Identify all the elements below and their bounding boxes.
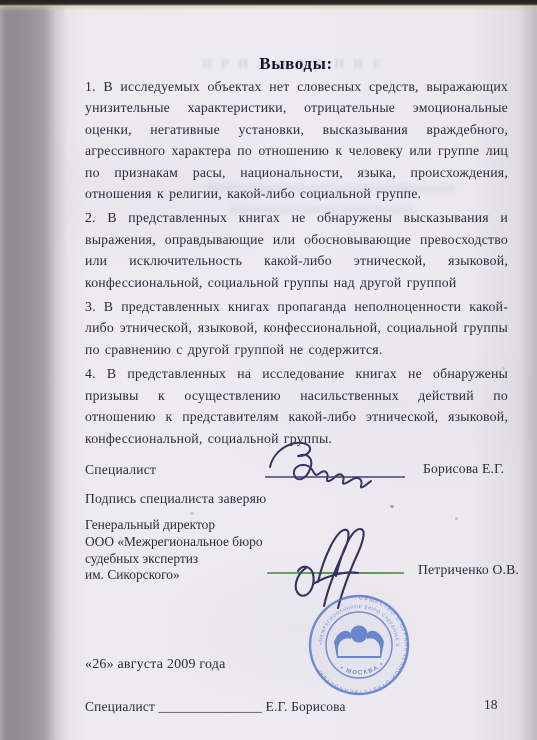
certify-line: Подпись специалиста заверяю bbox=[85, 491, 266, 507]
specialist-name: Борисова Е.Г. bbox=[423, 461, 504, 477]
page-number: 18 bbox=[484, 697, 498, 713]
scan-speck bbox=[190, 512, 194, 515]
page-title: Выводы: bbox=[85, 54, 507, 74]
director-org-line3: им. Сикорского» bbox=[85, 567, 263, 584]
company-seal-stamp: ОБЩЕСТВО С ОГРАНИЧЕННОЙ ОТВЕТСТВЕННОСТЬЮ… bbox=[303, 590, 415, 700]
date-line: «26» августа 2009 года bbox=[85, 657, 226, 673]
scan-speck bbox=[455, 517, 458, 520]
signature-borisova bbox=[260, 437, 412, 489]
footer-specialist-name: Е.Г. Борисова bbox=[266, 699, 346, 714]
director-org-line1: ООО «Межрегиональное бюро bbox=[85, 534, 263, 551]
footer-specialist-label: Специалист bbox=[85, 699, 155, 714]
specialist-label: Специалист bbox=[85, 462, 156, 478]
scanned-document-page: ПРИЛОЖЕНИЕ Выводы: 1. В исследуемых объе… bbox=[0, 0, 537, 740]
conclusions-body: 1. В исследуемых объектах нет словесных … bbox=[85, 76, 508, 452]
director-name: Петриченко О.В. bbox=[418, 562, 519, 578]
scanner-top-edge bbox=[0, 0, 537, 12]
conclusion-paragraph-3: 3. В представленных книгах пропаганда не… bbox=[85, 296, 508, 360]
scan-speck bbox=[502, 367, 505, 370]
conclusion-paragraph-2: 2. В представленных книгах не обнаружены… bbox=[85, 207, 508, 293]
footer-signature-underline: _______________ bbox=[159, 699, 262, 714]
director-title: Генеральный директор bbox=[85, 517, 263, 534]
conclusion-paragraph-1: 1. В исследуемых объектах нет словесных … bbox=[85, 76, 508, 204]
director-org-line2: судебных экспертиз bbox=[85, 551, 263, 568]
footer-specialist-line: Специалист _______________ Е.Г. Борисова bbox=[85, 699, 346, 715]
director-block: Генеральный директор ООО «Межрегионально… bbox=[85, 517, 263, 584]
